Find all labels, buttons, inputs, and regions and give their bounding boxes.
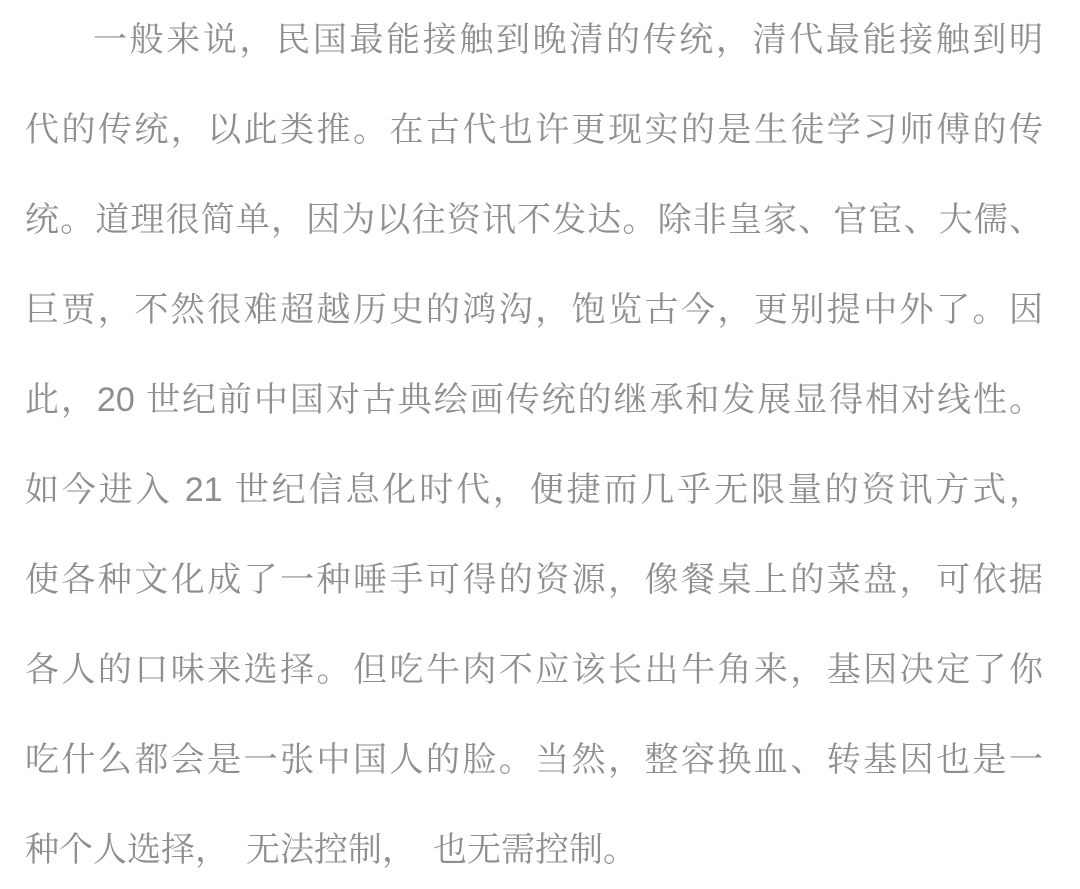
text-line: 如今进入 21 世纪信息化时代，便捷而几乎无限量的资讯方式， xyxy=(25,445,1043,535)
reading-page: 一般来说，民国最能接触到晚清的传统，清代最能接触到明 代的传统，以此类推。在古代… xyxy=(25,0,1043,889)
text-line: 一般来说，民国最能接触到晚清的传统，清代最能接触到明 xyxy=(25,0,1043,85)
text-line: 统。道理很简单，因为以往资讯不发达。除非皇家、官宦、大儒、 xyxy=(25,175,1043,265)
text-line: 各人的口味来选择。但吃牛肉不应该长出牛角来，基因决定了你 xyxy=(25,625,1043,715)
text-line: 种个人选择， 无法控制， 也无需控制。 xyxy=(25,805,1043,889)
text-line: 使各种文化成了一种唾手可得的资源，像餐桌上的菜盘，可依据 xyxy=(25,535,1043,625)
text-line: 代的传统，以此类推。在古代也许更现实的是生徒学习师傅的传 xyxy=(25,85,1043,175)
text-line: 此，20 世纪前中国对古典绘画传统的继承和发展显得相对线性。 xyxy=(25,355,1043,445)
text-line: 巨贾，不然很难超越历史的鸿沟，饱览古今，更别提中外了。因 xyxy=(25,265,1043,355)
text-line: 吃什么都会是一张中国人的脸。当然，整容换血、转基因也是一 xyxy=(25,715,1043,805)
